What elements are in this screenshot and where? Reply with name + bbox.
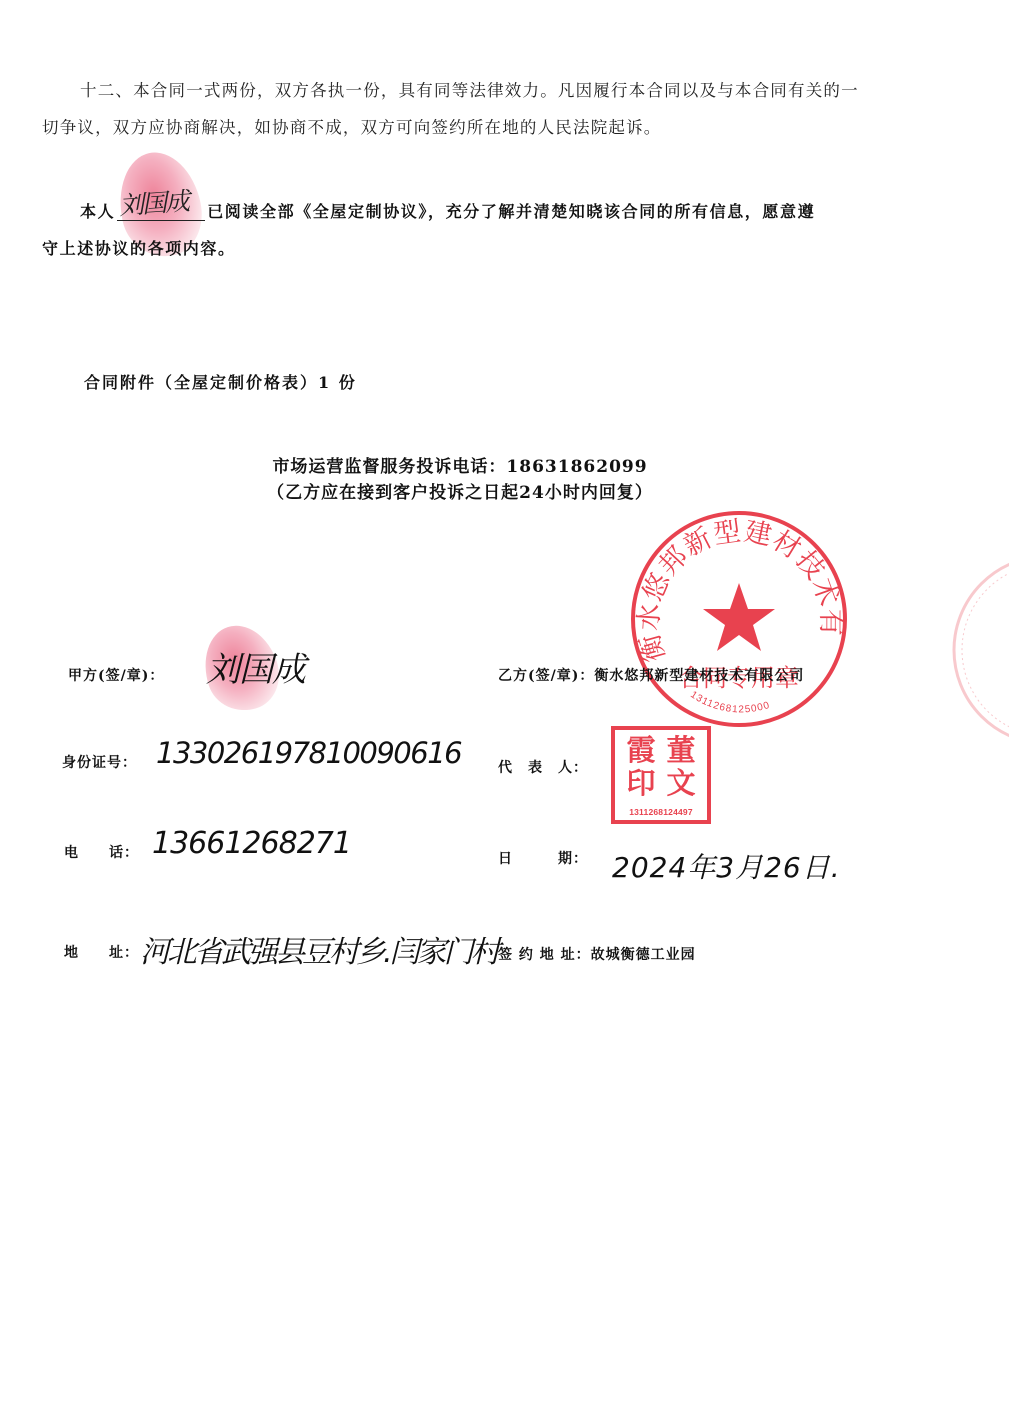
party-b-date-label: 日 期： bbox=[498, 848, 588, 868]
party-b-rep-label: 代 表 人： bbox=[498, 757, 588, 777]
company-seal: 衡水悠邦新型建材技术有限公司 合同专用章 1311268125000 bbox=[628, 508, 850, 730]
ack-line-1: 本人刘国成已阅读全部《全屋定制协议》，充分了解并清楚知晓该合同的所有信息，愿意遵 bbox=[42, 193, 972, 230]
complaint-hotline: 市场运营监督服务投诉电话：18631862099 bbox=[0, 452, 920, 477]
signing-site-value: 故城衡德工业园 bbox=[591, 947, 696, 963]
faint-seal-edge bbox=[948, 550, 1009, 750]
representative-seal-number: 1311268124497 bbox=[615, 807, 707, 817]
clause-12-line-1: 十二、本合同一式两份，双方各执一份，具有同等法律效力。凡因履行本合同以及与本合同… bbox=[42, 72, 972, 109]
party-a-sign-label: 甲方(签/章)： bbox=[68, 665, 164, 685]
representative-seal: 霞 董 印 文 1311268124497 bbox=[611, 726, 711, 824]
party-b-sign-label: 乙方(签/章)：衡水悠邦新型建材技术有限公司 bbox=[498, 665, 804, 685]
party-a-signature[interactable]: 刘国成 bbox=[206, 642, 305, 691]
clause-12-line-2: 切争议，双方应协商解决，如协商不成，双方可向签约所在地的人民法院起诉。 bbox=[42, 109, 972, 146]
party-a-id-value[interactable]: 133026197810090616 bbox=[156, 736, 461, 770]
party-a-phone-label: 电 话： bbox=[64, 842, 139, 862]
clause-12: 十二、本合同一式两份，双方各执一份，具有同等法律效力。凡因履行本合同以及与本合同… bbox=[42, 72, 972, 146]
party-a-phone-value[interactable]: 13661268271 bbox=[152, 826, 351, 861]
complaint-note: （乙方应在接到客户投诉之日起24小时内回复） bbox=[0, 478, 920, 503]
party-a-id-label: 身份证号： bbox=[62, 752, 137, 772]
party-a-address-value[interactable]: 河北省武强县豆村乡.闫家门村 bbox=[140, 927, 498, 971]
party-a-address-label: 地 址： bbox=[64, 942, 139, 962]
ack-line-2: 守上述协议的各项内容。 bbox=[42, 230, 972, 267]
ack-signature-field[interactable]: 刘国成 bbox=[117, 199, 205, 221]
acknowledgement-statement: 本人刘国成已阅读全部《全屋定制协议》，充分了解并清楚知晓该合同的所有信息，愿意遵… bbox=[42, 193, 972, 267]
party-b-date-value[interactable]: 2024年3月26日. bbox=[612, 846, 841, 886]
signing-site: 签 约 地 址：故城衡德工业园 bbox=[498, 944, 696, 964]
ack-signature: 刘国成 bbox=[118, 183, 189, 225]
seal-number: 1311268125000 bbox=[688, 689, 771, 715]
svg-text:衡水悠邦新型建材技术有限公司: 衡水悠邦新型建材技术有限公司 bbox=[628, 508, 846, 665]
party-b-company-name: 衡水悠邦新型建材技术有限公司 bbox=[594, 668, 804, 684]
svg-text:1311268125000: 1311268125000 bbox=[688, 689, 771, 715]
contract-attachment: 合同附件（全屋定制价格表）1 份 bbox=[84, 370, 357, 393]
seal-arc-text: 衡水悠邦新型建材技术有限公司 bbox=[628, 508, 846, 665]
